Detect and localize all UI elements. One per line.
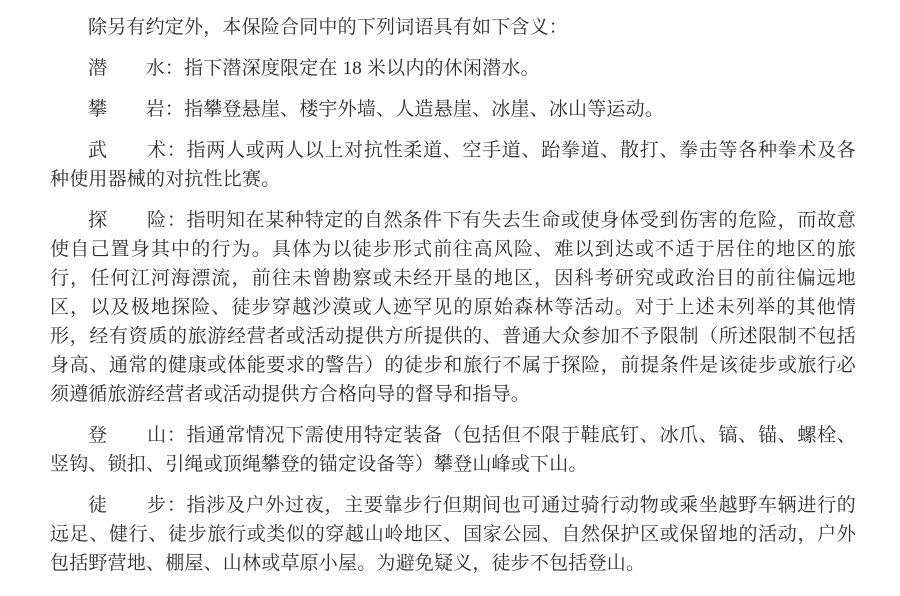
intro-paragraph: 除另有约定外，本保险合同中的下列词语具有如下含义： [50, 13, 856, 42]
definition-term: 登 山： [88, 425, 187, 446]
definition-term: 潜 水： [88, 58, 184, 79]
definition-term: 徒 步： [88, 495, 187, 516]
definition-term: 武 术： [88, 140, 187, 161]
definition-term: 探 险： [88, 210, 187, 231]
intro-text: 除另有约定外，本保险合同中的下列词语具有如下含义： [88, 17, 568, 38]
definition-paragraph-qianshui: 潜 水：指下潜深度限定在 18 米以内的休闲潜水。 [50, 54, 856, 83]
definition-term: 攀 岩： [88, 99, 184, 120]
document-page: 除另有约定外，本保险合同中的下列词语具有如下含义： 潜 水：指下潜深度限定在 1… [0, 0, 900, 596]
definition-paragraph-tubu: 徒 步：指涉及户外过夜，主要靠步行但期间也可通过骑行动物或乘坐越野车辆进行的远足… [50, 491, 856, 578]
definition-paragraph-dengshan: 登 山：指通常情况下需使用特定装备（包括但不限于鞋底钉、冰爪、镐、锚、螺栓、竖钩… [50, 421, 856, 479]
definition-text: 指明知在某种特定的自然条件下有失去生命或使身体受到伤害的危险，而故意使自己置身其… [50, 210, 856, 405]
definition-paragraph-wushu: 武 术：指两人或两人以上对抗性柔道、空手道、跆拳道、散打、拳击等各种拳术及各种使… [50, 136, 856, 194]
definition-paragraph-tanxian: 探 险：指明知在某种特定的自然条件下有失去生命或使身体受到伤害的危险，而故意使自… [50, 206, 856, 409]
definition-text: 指攀登悬崖、楼宇外墙、人造悬崖、冰崖、冰山等运动。 [184, 99, 664, 120]
definition-text: 指下潜深度限定在 18 米以内的休闲潜水。 [184, 58, 540, 79]
definition-paragraph-panyan: 攀 岩：指攀登悬崖、楼宇外墙、人造悬崖、冰崖、冰山等运动。 [50, 95, 856, 124]
